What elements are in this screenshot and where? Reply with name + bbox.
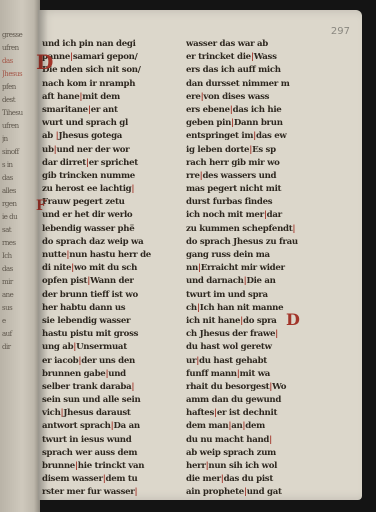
facing-page-line: ie du bbox=[2, 212, 36, 223]
facing-page-line: das bbox=[2, 56, 36, 67]
text-line: nach kom ir nramph bbox=[42, 78, 172, 91]
text-line: durst furbas findes bbox=[186, 196, 316, 209]
facing-page-line: das bbox=[2, 264, 36, 275]
text-line: rster mer fur wasser| bbox=[42, 486, 172, 499]
text-line: amm dan du gewund bbox=[186, 394, 316, 407]
facing-page-line: ufren bbox=[2, 121, 36, 132]
gutter-shadow bbox=[38, 10, 48, 500]
facing-page-line: jn bbox=[2, 134, 36, 145]
facing-page-line: mir bbox=[2, 277, 36, 288]
text-line: sie lebendig wasser bbox=[42, 315, 172, 328]
text-line: ab |Jhesus gotega bbox=[42, 130, 172, 143]
facing-page-line: s in bbox=[2, 160, 36, 171]
text-line: vich|Jhesus daraust bbox=[42, 407, 172, 420]
facing-page-line: ufren bbox=[2, 43, 36, 54]
text-line: wurt und sprach gl bbox=[42, 117, 172, 130]
text-line: haftes|er ist dechnit bbox=[186, 407, 316, 420]
facing-page-line: dir bbox=[2, 342, 36, 353]
text-line: die mer|das du pist bbox=[186, 473, 316, 486]
text-line: hastu pistu mit gross bbox=[42, 328, 172, 341]
text-line: wasser das war ab bbox=[186, 38, 316, 51]
text-line: brunnen gabe|und bbox=[42, 368, 172, 381]
text-line: nutte|nun hastu herr de bbox=[42, 249, 172, 262]
text-line: ch Jhesus der frawe| bbox=[186, 328, 316, 341]
text-line: der brunn tieff ist wo bbox=[42, 289, 172, 302]
text-line: ich noch mit mer|dar bbox=[186, 209, 316, 222]
text-line: lebendig wasser phë bbox=[42, 223, 172, 236]
text-line: und darnach|Die an bbox=[186, 275, 316, 288]
text-line: gang russ dein ma bbox=[186, 249, 316, 262]
text-line: und er het dir werlo bbox=[42, 209, 172, 222]
text-line: ab weip sprach zum bbox=[186, 447, 316, 460]
text-line: zu kummen schepfendt| bbox=[186, 223, 316, 236]
facing-page-text: gresseufrendasJhesuspfendestTihesuufrenj… bbox=[2, 30, 36, 355]
text-line: do sprach daz weip wa bbox=[42, 236, 172, 249]
facing-page-edge: gresseufrendasJhesuspfendestTihesuufrenj… bbox=[0, 0, 40, 512]
text-line: herr|nun sih ich wol bbox=[186, 460, 316, 473]
text-line: dan dursset nimmer m bbox=[186, 78, 316, 91]
text-line: ung ab|Unsermuat bbox=[42, 341, 172, 354]
text-line: her habtu dann us bbox=[42, 302, 172, 315]
facing-page-line: das bbox=[2, 173, 36, 184]
text-line: twurt im und spra bbox=[186, 289, 316, 302]
text-line: rre|des wassers und bbox=[186, 170, 316, 183]
text-line: ers das ich auff mich bbox=[186, 64, 316, 77]
text-line: twurt in iesus wund bbox=[42, 434, 172, 447]
text-line: du hast wol geretw bbox=[186, 341, 316, 354]
text-line: disem wasser|dem tu bbox=[42, 473, 172, 486]
text-line: panne|samari gepon/ bbox=[42, 51, 172, 64]
facing-page-line: pfen bbox=[2, 82, 36, 93]
text-line: ers ebene|das ich hie bbox=[186, 104, 316, 117]
text-line: dem man|an|dem bbox=[186, 420, 316, 433]
text-line: ub|und ner der wor bbox=[42, 144, 172, 157]
text-line: geben pin|Dann brun bbox=[186, 117, 316, 130]
text-column-left: und ich pin nan degipanne|samari gepon/D… bbox=[42, 38, 172, 500]
folio-number: 297 bbox=[331, 26, 350, 37]
text-line: brunne|hie trinckt van bbox=[42, 460, 172, 473]
facing-page-line: sus bbox=[2, 303, 36, 314]
manuscript-page: 297 und ich pin nan degipanne|samari gep… bbox=[38, 10, 362, 500]
text-line: und ich pin nan degi bbox=[42, 38, 172, 51]
text-line: entspringet im|das ew bbox=[186, 130, 316, 143]
text-line: di nite|wo mit du sch bbox=[42, 262, 172, 275]
text-line: sein sun und alle sein bbox=[42, 394, 172, 407]
facing-page-line: rnes bbox=[2, 238, 36, 249]
red-initial-D-right: D bbox=[286, 310, 300, 329]
text-line: do sprach Jhesus zu frau bbox=[186, 236, 316, 249]
text-line: ere|von dises wass bbox=[186, 91, 316, 104]
text-line: zu herost ee lachtig| bbox=[42, 183, 172, 196]
text-line: rach herr gib mir wo bbox=[186, 157, 316, 170]
text-line: er trincket die|Wass bbox=[186, 51, 316, 64]
text-line: dar dirret|er sprichet bbox=[42, 157, 172, 170]
text-line: Die nden sich nit son/ bbox=[42, 64, 172, 77]
text-line: rhait du besorgest|Wo bbox=[186, 381, 316, 394]
text-line: aft hane|mit dem bbox=[42, 91, 172, 104]
facing-page-line: auf bbox=[2, 329, 36, 340]
text-line: selber trank daraba| bbox=[42, 381, 172, 394]
facing-page-line: Tihesu bbox=[2, 108, 36, 119]
text-line: opfen pist|Wann der bbox=[42, 275, 172, 288]
text-column-right: wasser das war aber trincket die|Wassers… bbox=[186, 38, 316, 500]
facing-page-line: ane bbox=[2, 290, 36, 301]
text-line: funff mann|mit wa bbox=[186, 368, 316, 381]
text-line: er iacob|der uns den bbox=[42, 355, 172, 368]
text-line: du nu macht hand| bbox=[186, 434, 316, 447]
text-line: ig leben dorte|Es sp bbox=[186, 144, 316, 157]
text-line: nn|Erraicht mir wider bbox=[186, 262, 316, 275]
facing-page-line: dest bbox=[2, 95, 36, 106]
facing-page-line: e bbox=[2, 316, 36, 327]
text-line: ain prophete|und gat bbox=[186, 486, 316, 499]
facing-page-line: sat bbox=[2, 225, 36, 236]
facing-page-line: Jhesus bbox=[2, 69, 36, 80]
facing-page-line: sinoff bbox=[2, 147, 36, 158]
facing-page-line: gresse bbox=[2, 30, 36, 41]
facing-page-line: rgen bbox=[2, 199, 36, 210]
text-line: sprach wer auss dem bbox=[42, 447, 172, 460]
text-line: ur|du hast gehabt bbox=[186, 355, 316, 368]
text-line: Frauw pegert zetu bbox=[42, 196, 172, 209]
text-line: smaritane|er ant bbox=[42, 104, 172, 117]
text-line: mas pegert nicht mit bbox=[186, 183, 316, 196]
text-line: gib trincken numme bbox=[42, 170, 172, 183]
facing-page-line: Ich bbox=[2, 251, 36, 262]
facing-page-line: alles bbox=[2, 186, 36, 197]
text-line: antwort sprach|Da an bbox=[42, 420, 172, 433]
